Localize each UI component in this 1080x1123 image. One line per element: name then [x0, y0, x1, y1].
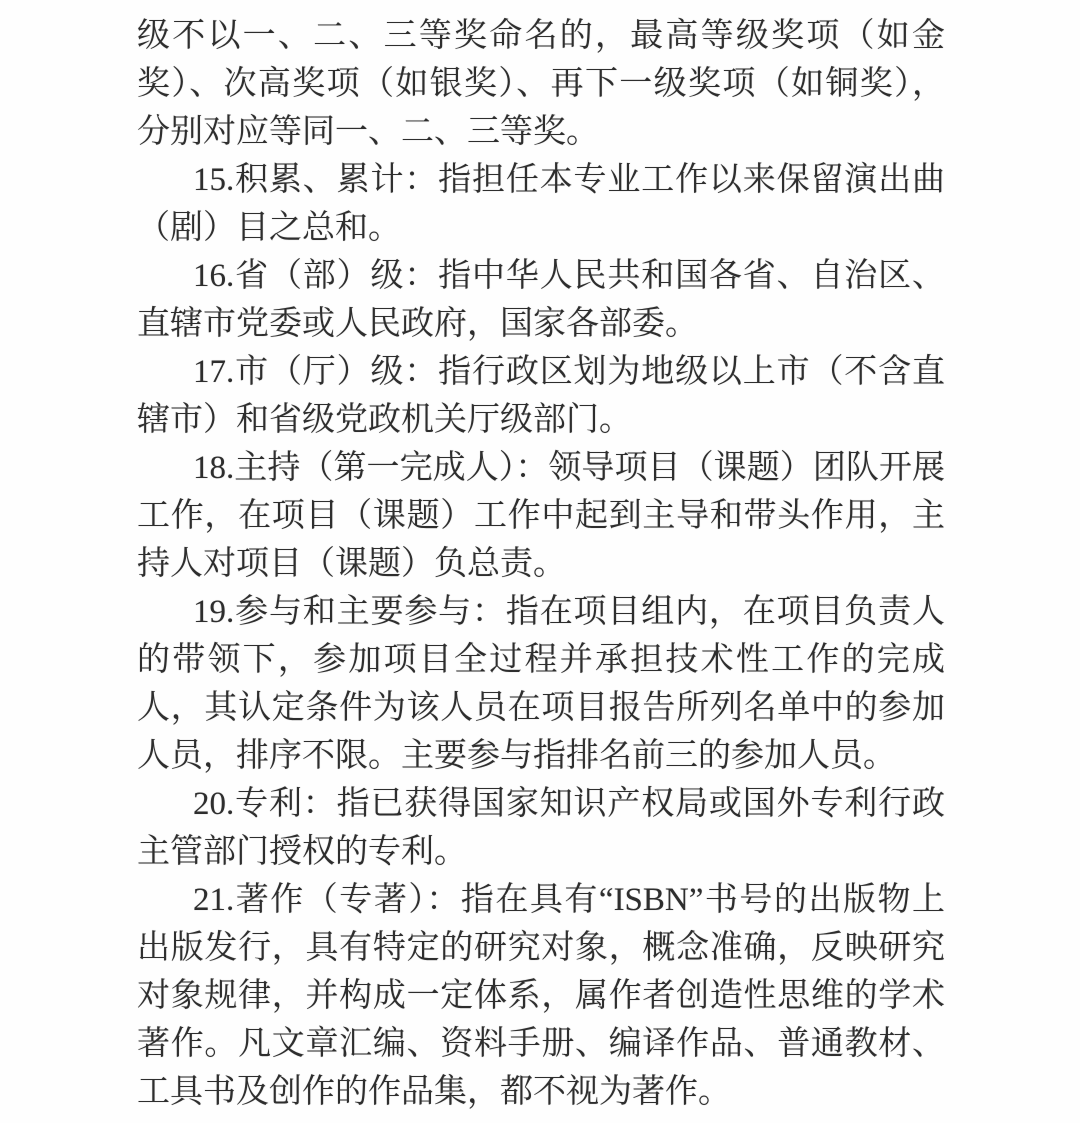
paragraph-item-16: 16.省（部）级：指中华人民共和国各省、自治区、直辖市党委或人民政府，国家各部委…: [137, 252, 945, 348]
paragraph-item-18: 18.主持（第一完成人）：领导项目（课题）团队开展工作，在项目（课题）工作中起到…: [137, 444, 945, 588]
paragraph-continuation: 级不以一、二、三等奖命名的，最高等级奖项（如金奖）、次高奖项（如银奖）、再下一级…: [137, 12, 945, 156]
paragraph-item-17: 17.市（厅）级：指行政区划为地级以上市（不含直辖市）和省级党政机关厅级部门。: [137, 348, 945, 444]
document-text-block: 级不以一、二、三等奖命名的，最高等级奖项（如金奖）、次高奖项（如银奖）、再下一级…: [137, 12, 945, 1116]
paragraph-item-20: 20.专利：指已获得国家知识产权局或国外专利行政主管部门授权的专利。: [137, 780, 945, 876]
document-page: 级不以一、二、三等奖命名的，最高等级奖项（如金奖）、次高奖项（如银奖）、再下一级…: [0, 0, 1080, 1123]
paragraph-item-21: 21.著作（专著）：指在具有“ISBN”书号的出版物上出版发行，具有特定的研究对…: [137, 876, 945, 1116]
paragraph-item-15: 15.积累、累计：指担任本专业工作以来保留演出曲（剧）目之总和。: [137, 156, 945, 252]
paragraph-item-19: 19.参与和主要参与：指在项目组内，在项目负责人的带领下，参加项目全过程并承担技…: [137, 588, 945, 780]
